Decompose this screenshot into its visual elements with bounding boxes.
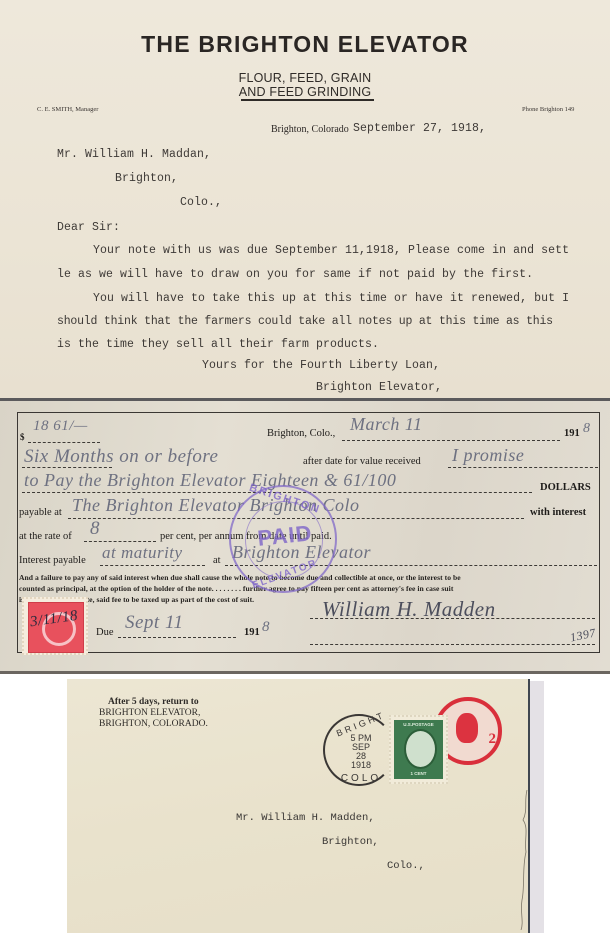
letter-addressee-name: Mr. William H. Maddan, (57, 148, 211, 161)
one-cent-stamp: U.S.POSTAGE 1 CENT (389, 715, 448, 784)
note-term-handwritten: Six Months on or before (24, 446, 218, 468)
envelope-addressee-city: Brighton, (322, 836, 379, 848)
note-amount-line (28, 442, 100, 443)
return-address-line-2: BRIGHTON ELEVATOR, (99, 708, 200, 718)
letter-body-line: Your note with us was due September 11,1… (93, 244, 569, 257)
letter-body-line: should think that the farmers could take… (57, 315, 553, 328)
letter-salutation: Dear Sir: (57, 221, 120, 234)
note-interest-when-line (100, 565, 205, 566)
envelope-tear-edge (520, 790, 530, 930)
note-year-prefix: 191 (564, 428, 580, 439)
letter-date: September 27, 1918, (353, 122, 486, 135)
note-dollars-label: DOLLARS (540, 482, 591, 493)
note-interest-payable-label: Interest payable (19, 555, 86, 566)
note-interest-when-handwritten: at maturity (102, 543, 183, 563)
letterhead-underline (241, 99, 374, 101)
letterhead-phone: Phone Brighton 149 (522, 106, 574, 113)
letter-closing: Yours for the Fourth Liberty Loan, (202, 359, 440, 372)
note-rate-handwritten: 8 (90, 518, 100, 540)
letter-signature: Brighton Elevator, (316, 381, 442, 394)
letter-page: THE BRIGHTON ELEVATOR FLOUR, FEED, GRAIN… (0, 0, 610, 398)
letterhead-manager: C. E. SMITH, Manager (37, 106, 98, 113)
note-year-suffix: 8 (583, 421, 591, 437)
note-fine-print-line: counted as principal, at the option of t… (19, 584, 453, 593)
note-place-label: Brighton, Colo., (267, 428, 335, 439)
stamp-face: U.S.POSTAGE 1 CENT (394, 720, 443, 779)
note-due-line (118, 637, 236, 638)
letterhead-tagline-1: FLOUR, FEED, GRAIN (0, 71, 610, 85)
washington-portrait-icon (404, 729, 437, 769)
postmark-state: COLO (339, 774, 383, 783)
note-payable-at-label: payable at (19, 507, 62, 518)
stamp-top-label: U.S.POSTAGE (394, 722, 443, 727)
stamp-bottom-label: 1 CENT (394, 771, 443, 776)
note-promise-line (448, 467, 598, 468)
note-pay-to-handwritten: to Pay the Brighton Elevator Eighteen & … (24, 470, 396, 491)
return-address-line-1: After 5 days, return to (108, 697, 199, 707)
paid-stamp: BRIGHTON PAID ELEVATOR (229, 485, 337, 593)
letter-addressee-state: Colo., (180, 196, 222, 209)
revenue-stamp: 3/11/18 (22, 597, 88, 655)
note-with-interest-label: with interest (530, 507, 586, 518)
indicia-value: 2 (489, 731, 497, 748)
letter-addressee-city: Brighton, (115, 172, 178, 185)
envelope-shadow (530, 681, 544, 933)
note-due-handwritten: Sept 11 (125, 612, 184, 634)
envelope-addressee-name: Mr. William H. Madden, (236, 812, 375, 824)
note-due-year-prefix: 191 (244, 627, 260, 638)
letter-body-line: You will have to take this up at this ti… (93, 292, 569, 305)
note-rate-label: at the rate of (19, 531, 72, 542)
note-date-line (342, 440, 560, 441)
note-date-handwritten: March 11 (350, 414, 422, 435)
letter-place: Brighton, Colorado (271, 124, 349, 135)
letterhead-company-name: THE BRIGHTON ELEVATOR (0, 31, 610, 58)
note-dollar-sign: $ (20, 432, 25, 442)
note-after-date-label: after date for value received (303, 456, 421, 467)
envelope-addressee-state: Colo., (387, 860, 425, 872)
note-at-label: at (213, 555, 221, 566)
note-signature-handwritten: William H. Madden (322, 597, 496, 622)
letter-body-line: le as we will have to draw on you for sa… (57, 268, 533, 281)
letterhead-tagline-2: AND FEED GRINDING (0, 85, 610, 99)
return-address-line-3: BRIGHTON, COLORADO. (99, 719, 208, 729)
note-promise-handwritten: I promise (452, 445, 524, 466)
washington-profile-icon (456, 713, 478, 743)
note-due-year-suffix: 8 (262, 619, 270, 636)
letter-body-line: is the time they sell all their farm pro… (57, 338, 379, 351)
note-rate-line (84, 541, 156, 542)
note-second-signature-line (310, 644, 595, 645)
note-due-label: Due (96, 627, 114, 638)
note-fine-print-line: And a failure to pay any of said interes… (19, 573, 461, 582)
note-amount-handwritten: 18 61/— (33, 418, 88, 435)
postmark-year: 1918 (345, 761, 377, 770)
postmark: BRIGHT 5 PM SEP 28 1918 COLO (323, 714, 395, 786)
